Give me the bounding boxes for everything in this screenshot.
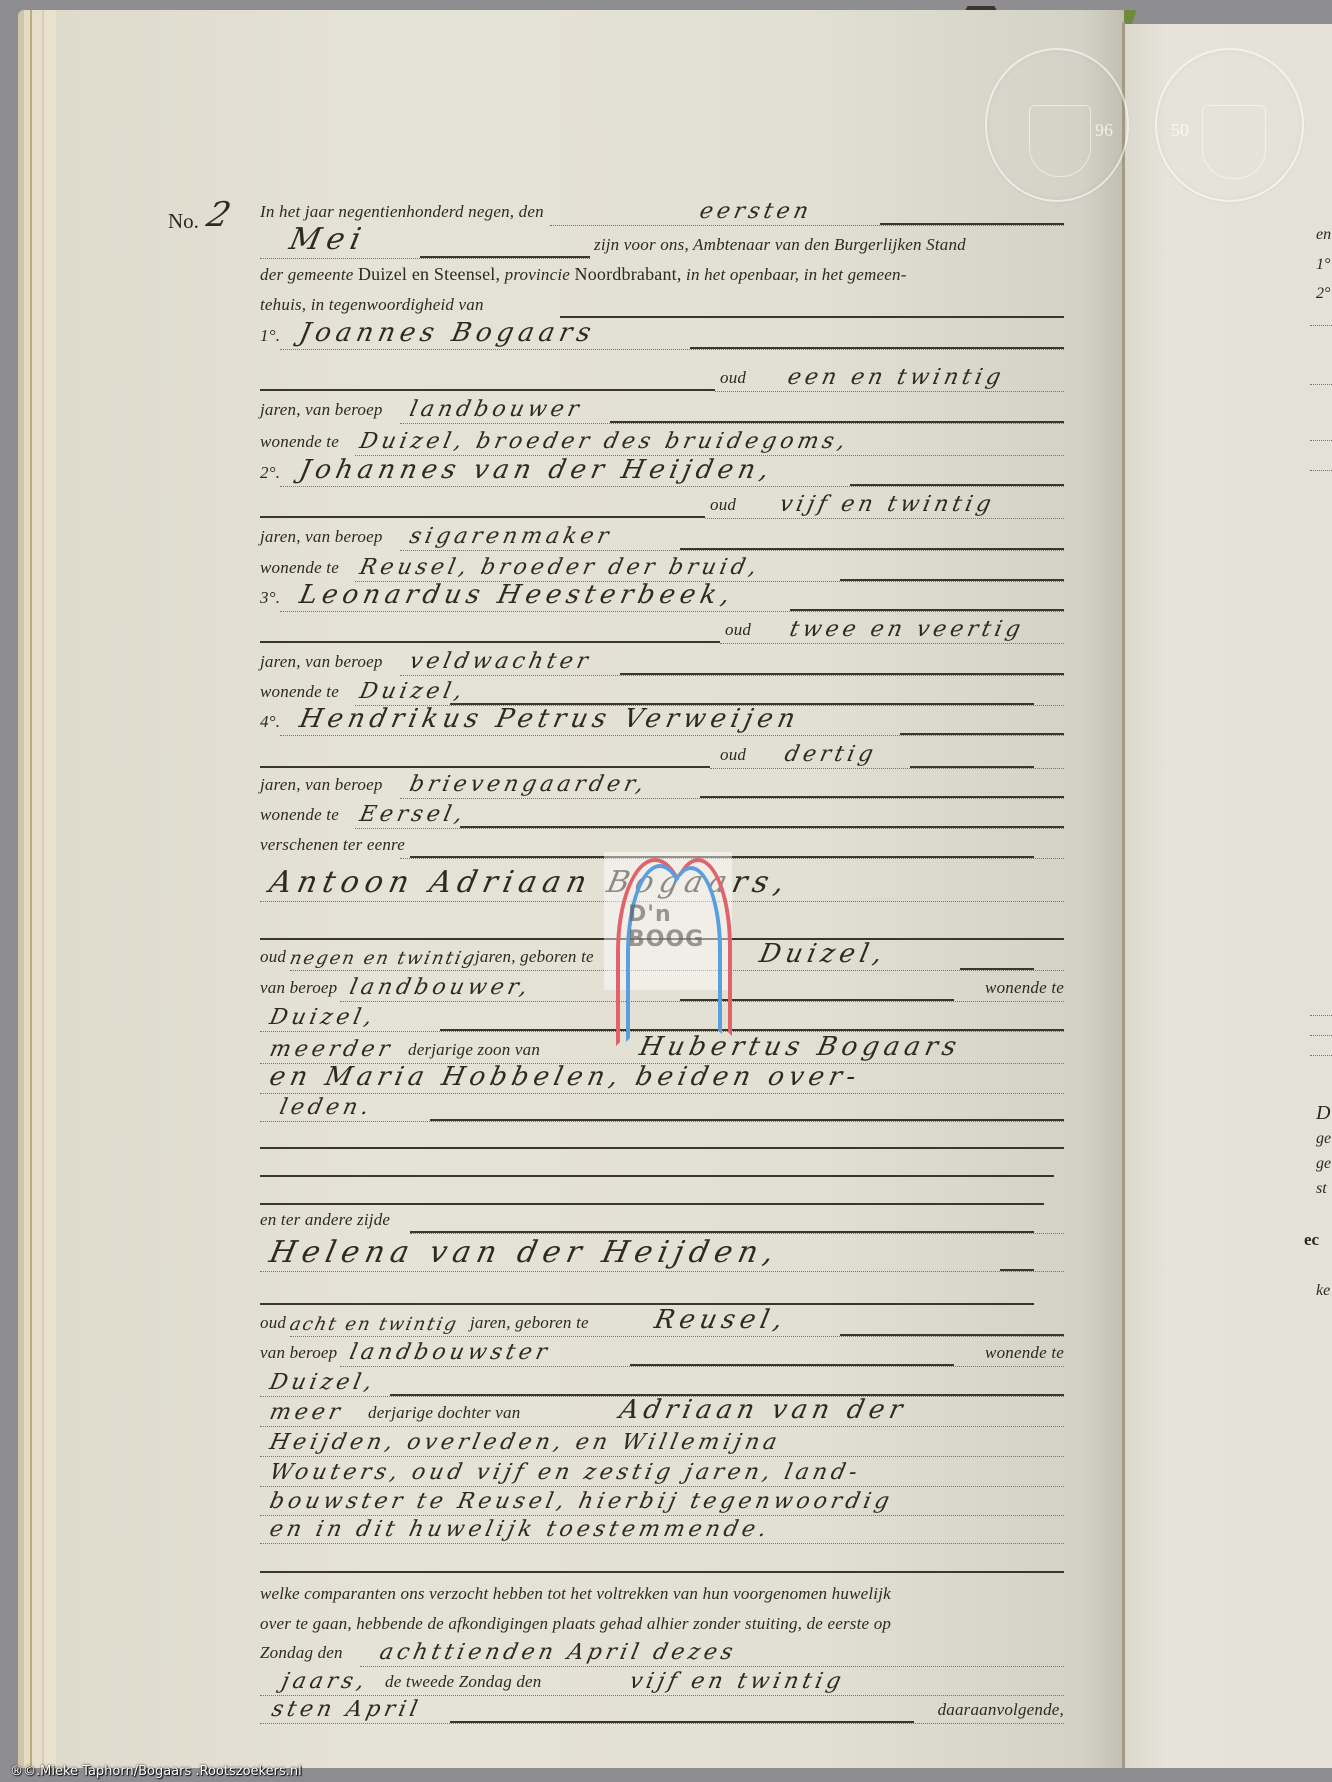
printed-text: oud: [260, 947, 286, 967]
printed-phrase: provincie: [505, 265, 570, 284]
printed-text: wonende te: [985, 1343, 1064, 1363]
right-page-fragment: ke: [1316, 1282, 1330, 1300]
right-page-fragment: D: [1316, 1102, 1330, 1125]
second-banns-day: vijf en twintig: [627, 1669, 847, 1694]
bride-parents-text: bouwster te Reusel, hierbij tegenwoordig: [267, 1489, 895, 1514]
printed-text: en ter andere zijde: [260, 1210, 390, 1230]
bride-parents-text: Heijden, overleden, en Willemijna: [267, 1430, 783, 1455]
printed-text: tehuis, in tegenwoordigheid van: [260, 295, 484, 315]
bride-parents-line-2: Heijden, overleden, en Willemijna: [260, 1433, 1064, 1461]
printed-text: van beroep: [260, 1343, 337, 1363]
printed-text: jaren, van beroep: [260, 652, 383, 672]
groom-majority: meerder: [267, 1037, 395, 1062]
witness-4-name-line: 4°. Hendrikus Petrus Verweijen: [260, 712, 1064, 740]
witness-1-residence: Duizel, broeder des bruidegoms,: [357, 429, 851, 454]
bride-consent: en in dit huwelijk toestemmende.: [267, 1517, 772, 1542]
witness-3-name-line: 3°. Leonardus Heesterbeek,: [260, 588, 1064, 616]
bride-parents-line-4: bouwster te Reusel, hierbij tegenwoordig: [260, 1492, 1064, 1520]
printed-phrase: in het openbaar, in het gemeen-: [686, 265, 907, 284]
printed-text: jaren, geboren te: [470, 1313, 589, 1333]
witness-2-name: Johannes van der Heijden,: [297, 455, 777, 485]
right-page-rule: [1310, 325, 1332, 326]
bride-father: Adriaan van der: [617, 1395, 910, 1425]
printed-text: wonende te: [260, 682, 339, 702]
groom-parents-line-2: en Maria Hobbelen, beiden over-: [260, 1070, 1064, 1098]
bride-age-birthplace-line: oud acht en twintig jaren, geboren te Re…: [260, 1313, 1064, 1341]
witness-1-occupation-line: jaren, van beroep landbouwer: [260, 400, 1064, 428]
witness-2-name-line: 2°. Johannes van der Heijden,: [260, 463, 1064, 491]
printed-text: derjarige dochter van: [368, 1403, 520, 1423]
right-page-fragment: st: [1316, 1180, 1327, 1198]
right-page-rule: [1310, 1015, 1332, 1016]
blank-line: [260, 1182, 1064, 1210]
witness-1-occupation: landbouwer: [407, 397, 585, 422]
record-label: No.: [168, 209, 199, 234]
bride-parents-line-5: en in dit huwelijk toestemmende.: [260, 1520, 1064, 1548]
province-name: Noordbrabant,: [575, 264, 682, 284]
witness-3-name: Leonardus Heesterbeek,: [297, 580, 738, 610]
right-page-rule: [1310, 384, 1332, 385]
groom-parents-line-3: leden.: [260, 1098, 1064, 1126]
witness-1-name: Joannes Bogaars: [297, 318, 599, 348]
right-page-fragment: ge: [1316, 1130, 1331, 1148]
printed-text: van beroep: [260, 978, 337, 998]
bride-name-line: Helena van der Heijden,: [260, 1240, 1064, 1276]
seal-number: 50: [1171, 120, 1189, 141]
witness-1-name-line: 1°. Joannes Bogaars: [260, 326, 1064, 354]
groom-parents-status: leden.: [277, 1095, 375, 1120]
closing-line-2: over te gaan, hebbende de afkondigingen …: [260, 1614, 1064, 1642]
right-page-rule: [1310, 1035, 1332, 1036]
witness-4-age-line: oud dertig: [260, 745, 1064, 773]
handwritten-day: eersten: [697, 199, 814, 224]
witness-4-occupation-line: jaren, van beroep brievengaarder,: [260, 775, 1064, 803]
bride-name: Helena van der Heijden,: [266, 1235, 783, 1270]
printed-text: verschenen ter eenre: [260, 835, 405, 855]
witness-4-name: Hendrikus Petrus Verweijen: [297, 704, 803, 734]
printed-text: over te gaan, hebbende de afkondigingen …: [260, 1614, 891, 1634]
bride-occupation: landbouwster: [347, 1340, 553, 1365]
printed-text: wonende te: [260, 805, 339, 825]
blank-line: [260, 1550, 1064, 1578]
printed-text: Zondag den: [260, 1643, 343, 1663]
right-page: [1125, 24, 1332, 1782]
printed-text: jaren, van beroep: [260, 527, 383, 547]
witness-2-age-line: oud vijf en twintig: [260, 495, 1064, 523]
printed-text: wonende te: [260, 432, 339, 452]
printed-text: wonende te: [985, 978, 1064, 998]
witness-2-residence: Reusel, broeder der bruid,: [357, 555, 762, 580]
banns-line-3: sten April daaraanvolgende,: [260, 1700, 1064, 1728]
groom-birthplace: Duizel,: [757, 939, 890, 969]
groom-age: negen en twintig: [288, 948, 479, 969]
right-page-rule: [1310, 1055, 1332, 1056]
printed-text: oud: [720, 745, 746, 765]
printed-text: daaraanvolgende,: [938, 1700, 1064, 1720]
witness-4-age: dertig: [782, 742, 879, 767]
groom-residence: Duizel,: [267, 1005, 378, 1030]
witness-2-occupation-line: jaren, van beroep sigarenmaker: [260, 527, 1064, 555]
witness-3-occupation: veldwachter: [407, 649, 594, 674]
embossed-seal-right: 50: [1155, 48, 1304, 202]
bride-occupation-line: van beroep landbouwster wonende te: [260, 1343, 1064, 1371]
printed-text: oud: [725, 620, 751, 640]
printed-text: jaren, van beroep: [260, 775, 383, 795]
bride-residence: Duizel,: [267, 1370, 378, 1395]
right-page-rule: [1310, 470, 1332, 471]
right-page-fragment: 1°: [1316, 256, 1330, 274]
line-3: der gemeente Duizel en Steensel, provinc…: [260, 265, 1064, 293]
right-page-fragment: en: [1316, 226, 1331, 244]
printed-text: jaren, van beroep: [260, 400, 383, 420]
bride-majority: meer: [267, 1400, 346, 1425]
groom-occupation: landbouwer,: [347, 975, 533, 1000]
first-banns-date: achttienden April dezes: [377, 1640, 739, 1665]
closing-line-1: welke comparanten ons verzocht hebben to…: [260, 1584, 1064, 1612]
handwritten-month: Mei: [286, 222, 370, 257]
right-page-fragment: ec: [1304, 1230, 1319, 1250]
printed-phrase: der gemeente: [260, 265, 354, 284]
printed-text: oud: [710, 495, 736, 515]
ordinal: 4°.: [260, 712, 280, 732]
printed-text: de tweede Zondag den: [385, 1672, 542, 1692]
witness-3-age-line: oud twee en veertig: [260, 620, 1064, 648]
ordinal: 3°.: [260, 588, 280, 608]
witness-4-occupation: brievengaarder,: [407, 772, 650, 797]
printed-text: welke comparanten ons verzocht hebben to…: [260, 1584, 891, 1604]
seal-number: 96: [1095, 120, 1113, 141]
groom-mother: en Maria Hobbelen, beiden over-: [267, 1062, 864, 1092]
witness-3-occupation-line: jaren, van beroep veldwachter: [260, 652, 1064, 680]
embossed-seal-left: 96: [985, 48, 1129, 202]
copyright-notice: ®©.Mieke Taphorn/Bogaars .Rootszoekers.n…: [10, 1764, 302, 1779]
right-page-fragment: 2°: [1316, 285, 1330, 303]
bride-parents-line-3: Wouters, oud vijf en zestig jaren, land-: [260, 1463, 1064, 1491]
banns-year: jaars,: [279, 1669, 370, 1694]
witness-1-age: een en twintig: [785, 365, 1007, 390]
printed-phrase: zijn voor ons, Ambtenaar van den Burgerl…: [594, 235, 966, 254]
printed-text: der gemeente Duizel en Steensel, provinc…: [260, 264, 907, 285]
printed-text: zijn voor ons, Ambtenaar van den Burgerl…: [594, 235, 966, 255]
witness-3-residence: Duizel,: [357, 679, 468, 704]
witness-4-residence-line: wonende te Eersel,: [260, 805, 1064, 833]
banns-line-1: Zondag den achttienden April dezes: [260, 1643, 1064, 1671]
second-banns-month: sten April: [269, 1697, 423, 1722]
page-stack-edge: [18, 10, 60, 1770]
printed-text: oud: [260, 1313, 286, 1333]
witness-3-age: twee en veertig: [787, 617, 1026, 642]
bride-intro-line: en ter andere zijde: [260, 1210, 1064, 1238]
blank-line: [260, 1154, 1064, 1182]
line-1: In het jaar negentienhonderd negen, den …: [260, 202, 1064, 230]
register-book: 96 50 No. 2 In het jaar negentienhonderd…: [0, 0, 1332, 1782]
banns-line-2: jaars, de tweede Zondag den vijf en twin…: [260, 1672, 1064, 1700]
bride-birthplace: Reusel,: [652, 1305, 790, 1335]
printed-text: wonende te: [260, 558, 339, 578]
municipality-name: Duizel en Steensel,: [358, 264, 500, 284]
right-page-fragment: ge: [1316, 1155, 1331, 1173]
bride-age: acht en twintig: [288, 1314, 460, 1335]
bride-parents-text: Wouters, oud vijf en zestig jaren, land-: [267, 1460, 863, 1485]
blank-line: [260, 1126, 1064, 1154]
watermark-text: D'n BOOG: [628, 902, 732, 952]
ordinal: 2°.: [260, 463, 280, 483]
printed-text: In het jaar negentienhonderd negen, den: [260, 202, 544, 222]
witness-1-age-line: oud een en twintig: [260, 368, 1064, 396]
printed-text: oud: [720, 368, 746, 388]
printed-text: jaren, geboren te: [475, 947, 594, 967]
witness-2-age: vijf en twintig: [777, 492, 997, 517]
watermark-logo: D'n BOOG: [604, 852, 732, 990]
bride-parents-line-1: meer derjarige dochter van Adriaan van d…: [260, 1403, 1064, 1431]
ordinal: 1°.: [260, 326, 280, 346]
line-2: Mei zijn voor ons, Ambtenaar van den Bur…: [260, 235, 1064, 263]
printed-text: derjarige zoon van: [408, 1040, 540, 1060]
right-page-rule: [1310, 440, 1332, 441]
witness-2-occupation: sigarenmaker: [407, 524, 614, 549]
witness-4-residence: Eersel,: [357, 802, 468, 827]
